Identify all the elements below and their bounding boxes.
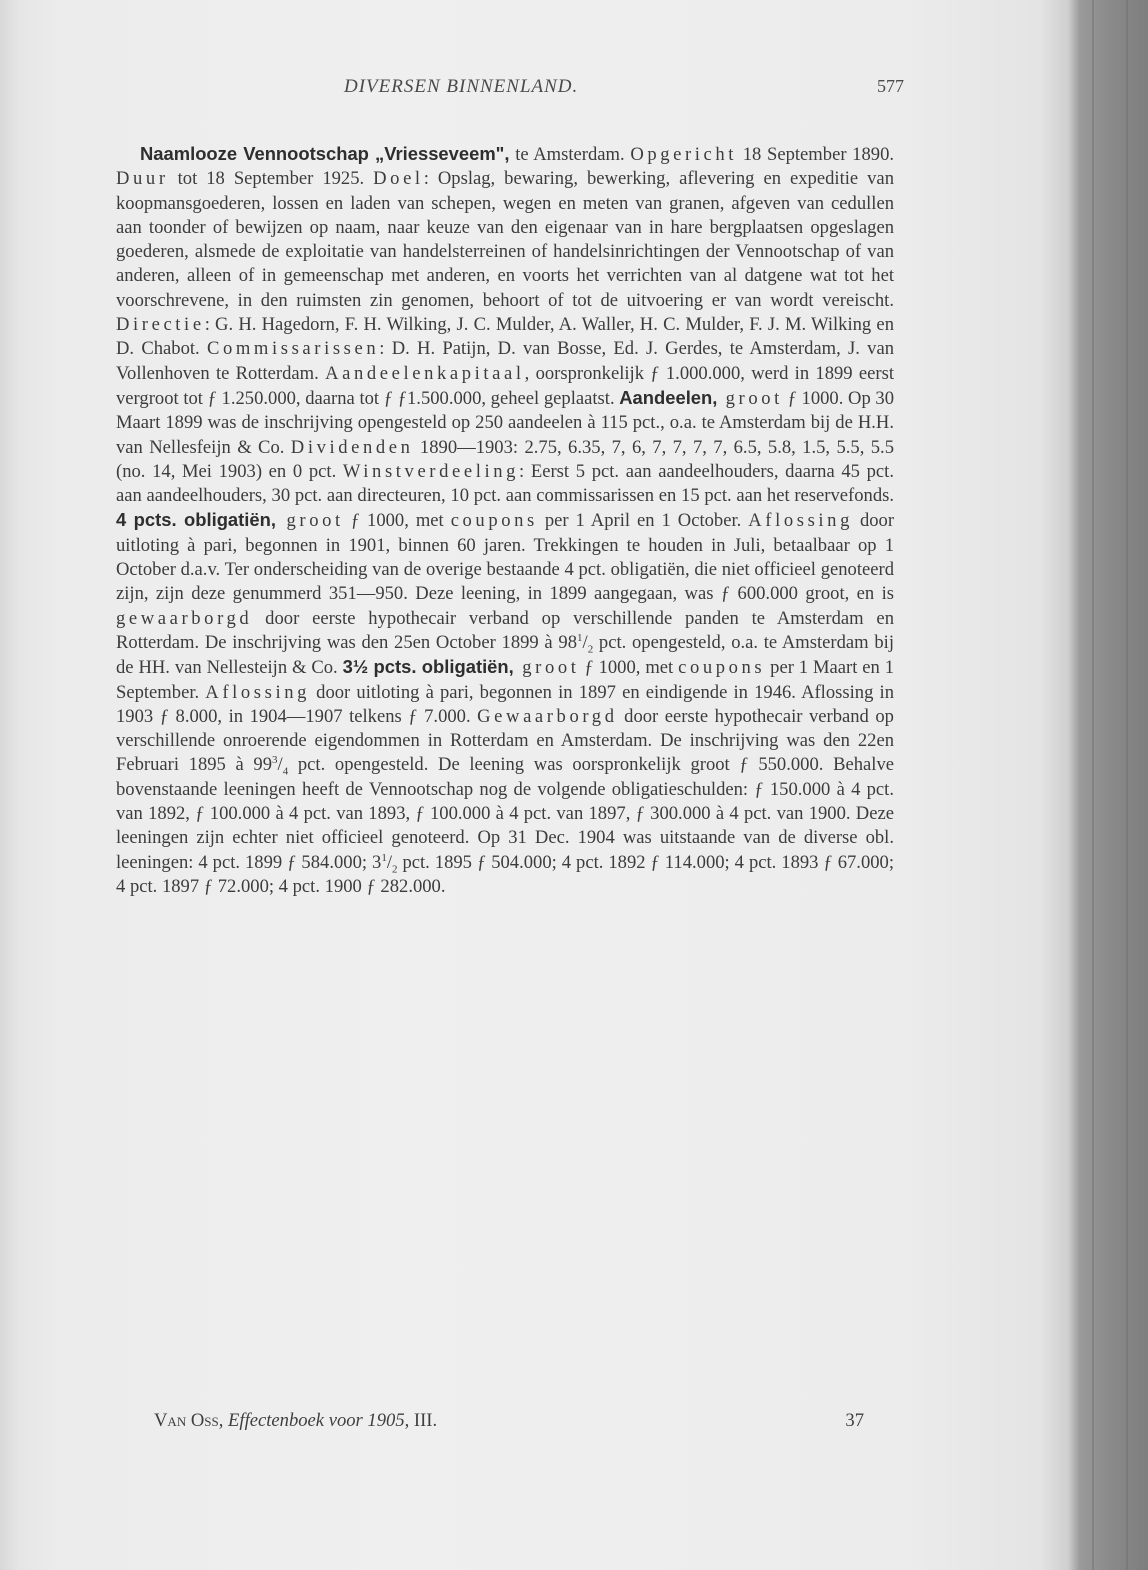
footer-volume: , III.	[405, 1410, 438, 1431]
footer-author: Van Oss	[154, 1410, 219, 1431]
running-title: DIVERSEN BINNENLAND.	[344, 76, 578, 98]
label-commissarissen: Commissarissen	[207, 338, 379, 359]
book-spine-shadow	[1092, 0, 1094, 1570]
footer-book-title: Effectenboek voor 1905	[228, 1410, 405, 1431]
label-directie: Directie	[116, 314, 205, 335]
label-gewaarborgd: Gewaarborgd	[477, 706, 617, 727]
heading-4pct-obligaties: 4 pcts. obligatiën,	[116, 509, 276, 530]
label-aflossing: Aflossing	[205, 682, 310, 703]
label-gewaarborgd: gewaarborgd	[116, 608, 252, 629]
label-opgericht: Opgericht	[630, 144, 737, 165]
footer-sheet-number: 37	[845, 1410, 864, 1432]
page-footer: Van Oss, Effectenboek voor 1905, III. 37	[154, 1410, 864, 1432]
label-doel: Doel	[373, 168, 424, 189]
label-duur: Duur	[116, 168, 169, 189]
label-aflossing: Aflossing	[748, 510, 853, 531]
heading-3-5pct-obligaties: 3½ pcts. obligatiën,	[343, 656, 514, 677]
company-entry: Naamlooze Vennootschap „Vriesseveem", te…	[116, 142, 894, 899]
label-aandeelenkapitaal: Aandeelenkapitaal	[325, 363, 525, 384]
book-page: DIVERSEN BINNENLAND. 577 Naamlooze Venno…	[116, 72, 894, 918]
company-name: Naamlooze Vennootschap „Vriesseveem",	[140, 143, 510, 164]
running-head: DIVERSEN BINNENLAND. 577	[116, 72, 894, 108]
label-dividenden: Dividenden	[291, 437, 414, 458]
page-number: 577	[877, 76, 904, 97]
book-spine-shadow	[1126, 0, 1128, 1570]
heading-aandeelen: Aandeelen,	[619, 387, 717, 408]
label-winstverdeeling: Winstverdeeling	[343, 461, 519, 482]
